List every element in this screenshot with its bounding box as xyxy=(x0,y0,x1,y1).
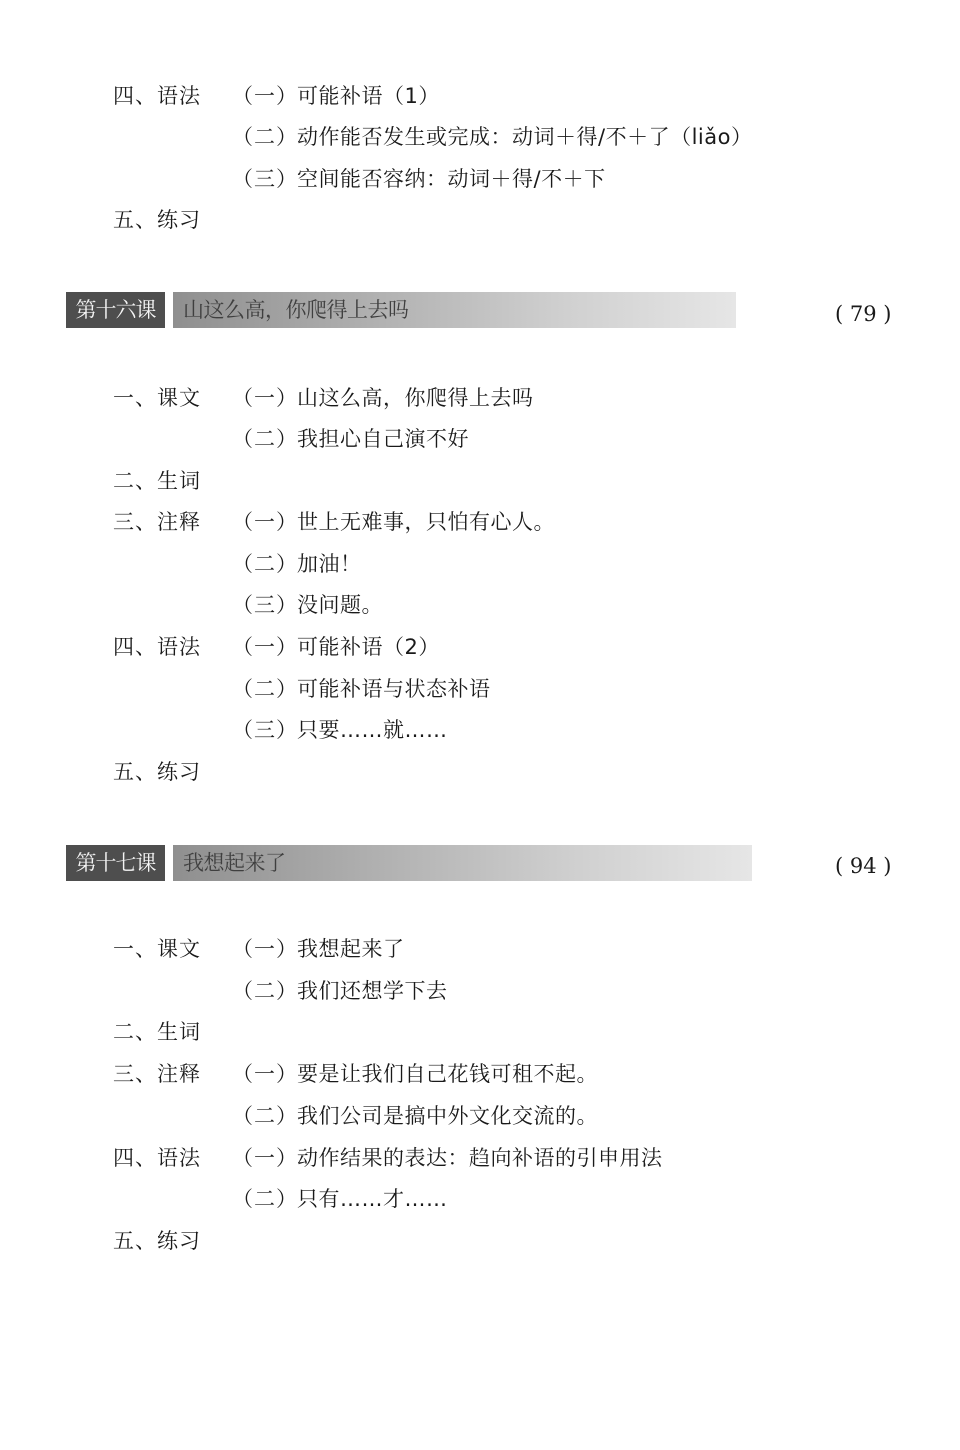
section-label: 一、课文 xyxy=(113,934,201,964)
subsection-marker: （三） xyxy=(232,715,298,745)
entry-text: 我们公司是搞中外文化交流的。 xyxy=(297,1101,598,1131)
lesson-number-label: 第十六课 xyxy=(66,292,165,328)
section-label: 五、练习 xyxy=(113,205,201,235)
subsection-marker: （二） xyxy=(232,976,298,1006)
entry-text: 要是让我们自己花钱可租不起。 xyxy=(297,1059,598,1089)
entry-text: 动作能否发生或完成：动词＋得/不＋了（liǎo） xyxy=(297,122,752,152)
entry-text: 空间能否容纳：动词＋得/不＋下 xyxy=(297,164,606,194)
section-label: 二、生词 xyxy=(113,1017,201,1047)
subsection-marker: （二） xyxy=(232,674,298,704)
subsection-marker: （二） xyxy=(232,1184,298,1214)
subsection-marker: （一） xyxy=(232,1143,298,1173)
subsection-marker: （二） xyxy=(232,549,298,579)
section-label: 五、练习 xyxy=(113,757,201,787)
entry-text: 动作结果的表达：趋向补语的引申用法 xyxy=(297,1143,663,1173)
section-label: 五、练习 xyxy=(113,1226,201,1256)
entry-text: 我担心自己演不好 xyxy=(297,424,469,454)
entry-text: 世上无难事，只怕有心人。 xyxy=(297,507,555,537)
subsection-marker: （一） xyxy=(232,1059,298,1089)
subsection-marker: （三） xyxy=(232,590,298,620)
subsection-marker: （二） xyxy=(232,122,298,152)
section-label: 四、语法 xyxy=(113,1143,201,1173)
lesson-title: 我想起来了 xyxy=(183,845,286,881)
subsection-marker: （二） xyxy=(232,424,298,454)
entry-text: 山这么高，你爬得上去吗 xyxy=(297,383,534,413)
entry-text: 只要……就…… xyxy=(297,715,448,745)
subsection-marker: （一） xyxy=(232,81,298,111)
section-label: 一、课文 xyxy=(113,383,201,413)
subsection-marker: （一） xyxy=(232,507,298,537)
entry-text: 只有……才…… xyxy=(297,1184,448,1214)
entry-text: 可能补语（2） xyxy=(297,632,440,662)
section-label: 二、生词 xyxy=(113,466,201,496)
entry-text: 加油！ xyxy=(297,549,362,579)
section-label: 三、注释 xyxy=(113,1059,201,1089)
section-label: 四、语法 xyxy=(113,81,201,111)
entry-text: 没问题。 xyxy=(297,590,383,620)
entry-text: 可能补语与状态补语 xyxy=(297,674,491,704)
lesson-16-page-number[interactable]: ( 79 ) xyxy=(835,296,891,332)
subsection-marker: （一） xyxy=(232,632,298,662)
lesson-title-bar: 山这么高，你爬得上去吗 xyxy=(173,292,736,328)
subsection-marker: （一） xyxy=(232,383,298,413)
lesson-title: 山这么高，你爬得上去吗 xyxy=(183,292,409,328)
entry-text: 我想起来了 xyxy=(297,934,405,964)
lesson-17-page-number[interactable]: ( 94 ) xyxy=(835,848,891,884)
lesson-number-label: 第十七课 xyxy=(66,845,165,881)
entry-text: 可能补语（1） xyxy=(297,81,440,111)
subsection-marker: （一） xyxy=(232,934,298,964)
subsection-marker: （三） xyxy=(232,164,298,194)
entry-text: 我们还想学下去 xyxy=(297,976,448,1006)
section-label: 四、语法 xyxy=(113,632,201,662)
lesson-title-bar: 我想起来了 xyxy=(173,845,752,881)
section-label: 三、注释 xyxy=(113,507,201,537)
subsection-marker: （二） xyxy=(232,1101,298,1131)
